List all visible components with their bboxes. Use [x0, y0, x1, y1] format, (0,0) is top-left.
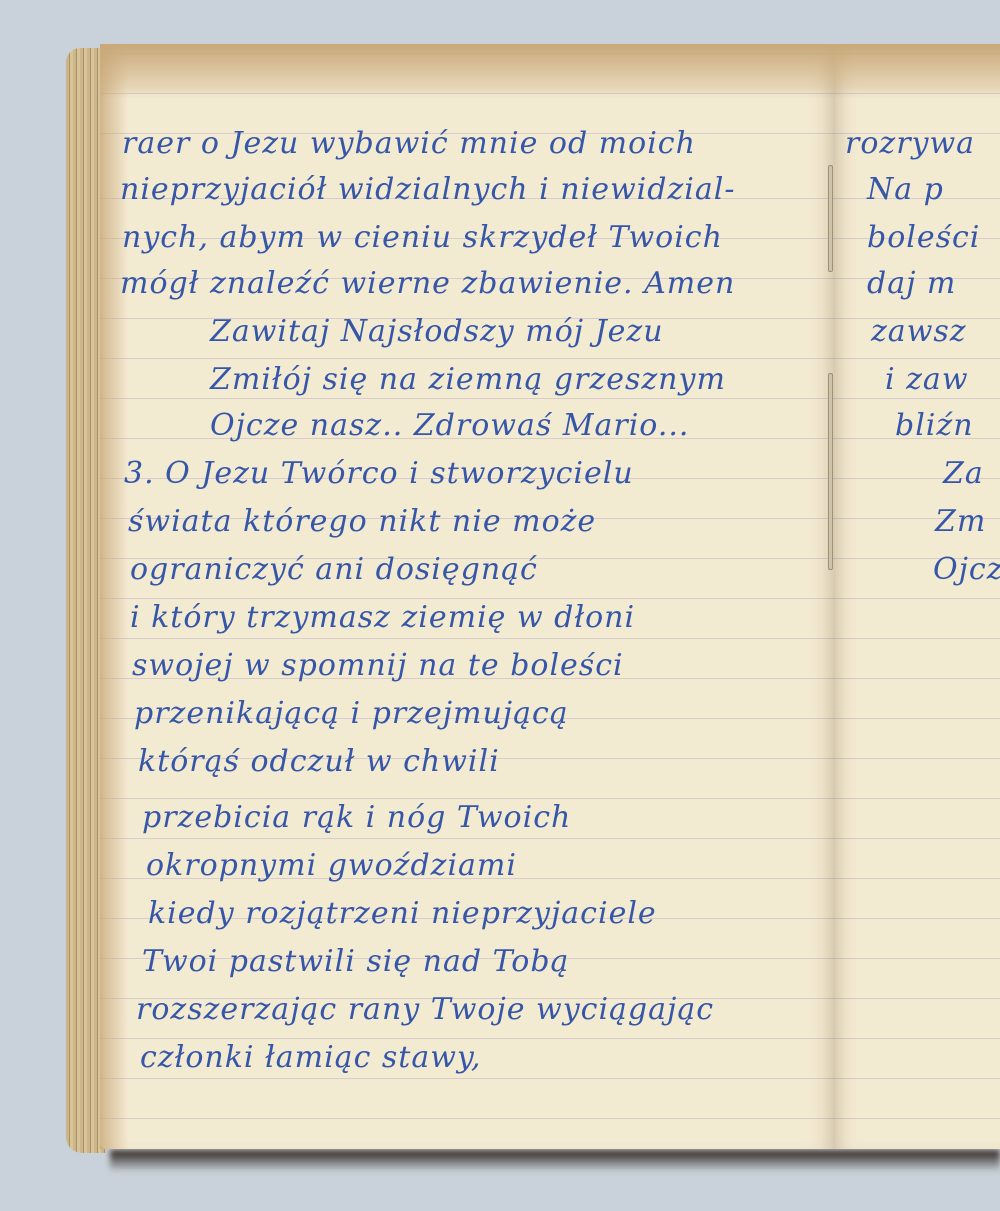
binding-stitch — [828, 165, 833, 272]
text-line: swojej w spomnij na te boleści — [132, 648, 624, 683]
text-line: Zmiłój się na ziemną grzesznym — [210, 362, 726, 397]
text-line: Ojcze nasz.. Zdrowaś Mario... — [210, 408, 689, 443]
text-line: członki łamiąc stawy, — [140, 1040, 481, 1075]
left-page: raer o Jezu wybawić mnie od moich nieprz… — [100, 44, 835, 1149]
text-line: przenikającą i przejmującą — [134, 696, 569, 731]
text-line: świata którego nikt nie może — [128, 504, 596, 539]
text-line: raer o Jezu wybawić mnie od moich — [122, 126, 696, 161]
text-line: przebicia rąk i nóg Twoich — [142, 800, 571, 835]
text-line: Zm — [935, 504, 986, 539]
text-line: daj m — [867, 266, 956, 301]
text-line: Na p — [867, 172, 944, 207]
text-line: Za — [943, 456, 984, 491]
right-page: rozrywa Na p boleści daj m zawsz i zaw b… — [835, 44, 1000, 1149]
book-shadow — [110, 1150, 1000, 1172]
text-line: rozszerzając rany Twoje wyciągając — [136, 992, 714, 1027]
text-line: którąś odczuł w chwili — [138, 744, 500, 779]
edge-stain — [100, 44, 128, 1149]
text-line: rozrywa — [845, 126, 975, 161]
text-line: Zawitaj Najsłodszy mój Jezu — [210, 314, 664, 349]
text-line: boleści — [867, 220, 980, 255]
text-line: kiedy rozjątrzeni nieprzyjaciele — [148, 896, 657, 931]
water-stain — [100, 44, 835, 99]
text-line: nieprzyjaciół widzialnych i niewidzial- — [120, 172, 735, 207]
binding-stitch — [828, 373, 833, 570]
text-line: 3. O Jezu Twórco i stworzycielu — [124, 456, 634, 491]
text-line: Twoi pastwili się nad Tobą — [142, 944, 569, 979]
text-line: okropnymi gwoździami — [146, 848, 517, 883]
text-line: zawsz — [871, 314, 967, 349]
text-line: Ojcz — [933, 552, 1000, 587]
water-stain — [835, 44, 1000, 99]
text-line: i zaw — [885, 362, 969, 397]
text-line: bliźn — [895, 408, 974, 443]
text-line: nych, abym w cieniu skrzydeł Twoich — [122, 220, 723, 255]
text-line: ograniczyć ani dosięgnąć — [130, 552, 538, 587]
text-line: mógł znaleźć wierne zbawienie. Amen — [120, 266, 735, 301]
text-line: i który trzymasz ziemię w dłoni — [130, 600, 635, 635]
